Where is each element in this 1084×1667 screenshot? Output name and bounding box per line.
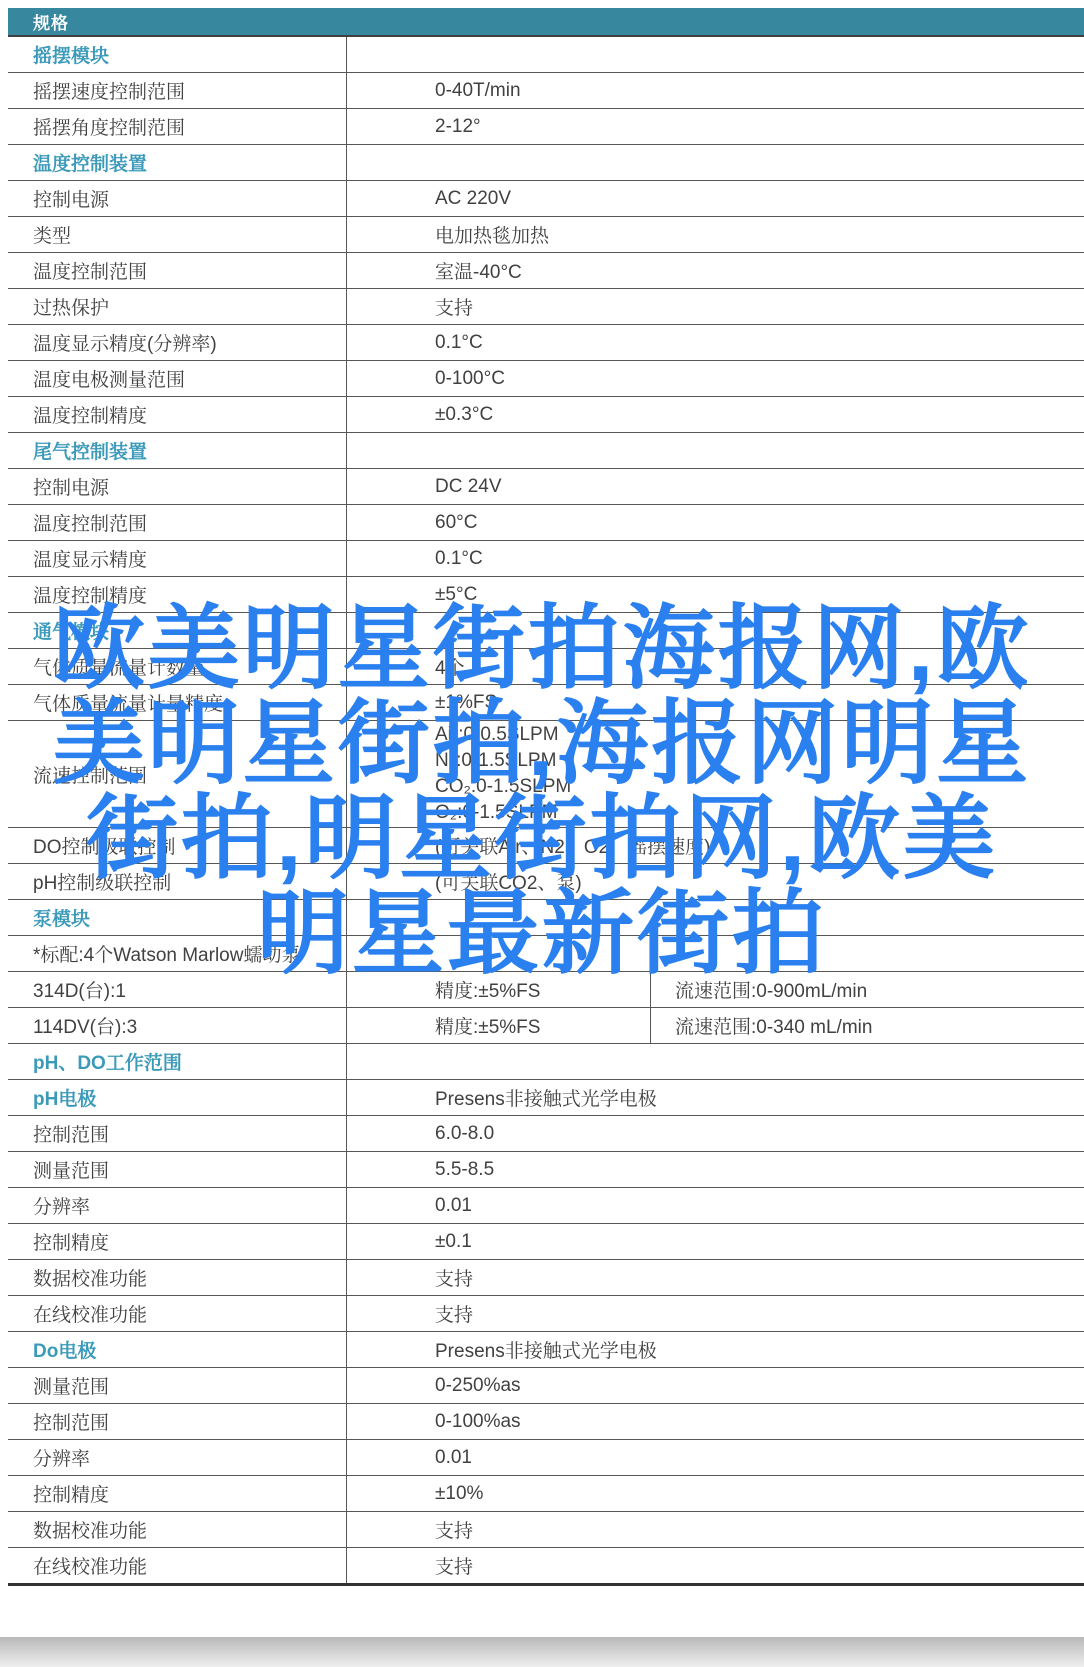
table-row: 类型电加热毯加热 — [8, 217, 1084, 253]
section-label: 尾气控制装置 — [8, 433, 346, 468]
table-row: 温度控制精度±0.3°C — [8, 397, 1084, 433]
section-label: 通气模块 — [8, 613, 346, 648]
table-row: 分辨率0.01 — [8, 1188, 1084, 1224]
row-value: (可关联Air、N2、O2、摇摆速度) — [346, 828, 1084, 863]
row-label: 温度电极测量范围 — [8, 361, 346, 396]
row-label: 控制范围 — [8, 1116, 346, 1151]
row-value: 电加热毯加热 — [346, 217, 1084, 252]
spec-table-rows: 摇摆模块摇摆速度控制范围0-40T/min摇摆角度控制范围2-12°温度控制装置… — [8, 37, 1084, 1583]
section-row: 摇摆模块 — [8, 37, 1084, 73]
section-row: 温度控制装置 — [8, 145, 1084, 181]
row-label: 温度显示精度(分辨率) — [8, 325, 346, 360]
row-label: DO控制级联控制 — [8, 828, 346, 863]
table-row: 在线校准功能支持 — [8, 1296, 1084, 1332]
table-row: *标配:4个Watson Marlow蠕动泵 — [8, 936, 1084, 972]
table-row: 测量范围0-250%as — [8, 1368, 1084, 1404]
row-label: 气体质量流量计数量 — [8, 649, 346, 684]
table-row: Do电极Presens非接触式光学电极 — [8, 1332, 1084, 1368]
row-label: Do电极 — [8, 1332, 346, 1367]
table-row: 在线校准功能支持 — [8, 1548, 1084, 1583]
table-row: 测量范围5.5-8.5 — [8, 1152, 1084, 1188]
row-value: 0.01 — [346, 1440, 1084, 1475]
row-label: 数据校准功能 — [8, 1260, 346, 1295]
row-value: 0-100%as — [346, 1404, 1084, 1439]
table-row: 温度电极测量范围0-100°C — [8, 361, 1084, 397]
row-value: ±0.1 — [346, 1224, 1084, 1259]
row-value — [346, 613, 1084, 648]
row-value: Presens非接触式光学电极 — [346, 1332, 1084, 1367]
row-value-line: Air:0-0.5SLPM — [435, 722, 1084, 748]
row-value: Presens非接触式光学电极 — [346, 1080, 1084, 1115]
section-row: 尾气控制装置 — [8, 433, 1084, 469]
table-row: 温度控制范围60°C — [8, 505, 1084, 541]
table-row: 气体质量流量计量精度±1%FS — [8, 685, 1084, 721]
table-row: 温度控制范围室温-40°C — [8, 253, 1084, 289]
row-value: 精度:±5%FS — [346, 1008, 650, 1043]
row-value: 支持 — [346, 1548, 1084, 1583]
section-label: pH、DO工作范围 — [8, 1044, 346, 1079]
row-value: ±1%FS — [346, 685, 1084, 720]
row-value: 0.1°C — [346, 325, 1084, 360]
table-row: 温度显示精度(分辨率)0.1°C — [8, 325, 1084, 361]
row-label: 控制电源 — [8, 181, 346, 216]
row-value: AC 220V — [346, 181, 1084, 216]
row-value — [346, 936, 1084, 971]
row-label: pH控制级联控制 — [8, 864, 346, 899]
row-label: 数据校准功能 — [8, 1512, 346, 1547]
row-value: 0-40T/min — [346, 73, 1084, 108]
row-label: *标配:4个Watson Marlow蠕动泵 — [8, 936, 346, 971]
section-row: 泵模块 — [8, 900, 1084, 936]
page-title: 规格 — [33, 9, 69, 34]
row-label: 分辨率 — [8, 1440, 346, 1475]
row-value: ±5°C — [346, 577, 1084, 612]
row-value — [346, 145, 1084, 180]
row-label: 温度控制精度 — [8, 577, 346, 612]
row-value: 0-250%as — [346, 1368, 1084, 1403]
row-value: ±10% — [346, 1476, 1084, 1511]
row-label: 摇摆角度控制范围 — [8, 109, 346, 144]
row-value: 支持 — [346, 1296, 1084, 1331]
table-row: 温度显示精度0.1°C — [8, 541, 1084, 577]
table-row: 数据校准功能支持 — [8, 1260, 1084, 1296]
row-label: 在线校准功能 — [8, 1548, 346, 1583]
row-value: (可关联CO2、泵) — [346, 864, 1084, 899]
table-row: 控制精度±0.1 — [8, 1224, 1084, 1260]
row-label: 分辨率 — [8, 1188, 346, 1223]
row-label: 测量范围 — [8, 1368, 346, 1403]
row-value: 室温-40°C — [346, 253, 1084, 288]
row-value: Air:0-0.5SLPMN₂:0-1.5SLPMCO₂:0-1.5SLPMO₂… — [346, 721, 1084, 827]
row-label: 314D(台):1 — [8, 972, 346, 1007]
row-value: ±0.3°C — [346, 397, 1084, 432]
row-label: 类型 — [8, 217, 346, 252]
row-label: 控制精度 — [8, 1224, 346, 1259]
row-value: 0-100°C — [346, 361, 1084, 396]
table-row: 控制精度±10% — [8, 1476, 1084, 1512]
table-row: 气体质量流量计数量4个 — [8, 649, 1084, 685]
row-label: 测量范围 — [8, 1152, 346, 1187]
spec-table-header: 规格 — [8, 8, 1084, 37]
row-label: 温度控制精度 — [8, 397, 346, 432]
spec-table: 规格 摇摆模块摇摆速度控制范围0-40T/min摇摆角度控制范围2-12°温度控… — [8, 8, 1084, 1586]
section-row: 通气模块 — [8, 613, 1084, 649]
row-value — [346, 900, 1084, 935]
row-label: 气体质量流量计量精度 — [8, 685, 346, 720]
row-label: 摇摆速度控制范围 — [8, 73, 346, 108]
row-value: 支持 — [346, 289, 1084, 324]
table-row: 控制电源DC 24V — [8, 469, 1084, 505]
row-value: 0.01 — [346, 1188, 1084, 1223]
row-label: 在线校准功能 — [8, 1296, 346, 1331]
row-value: 精度:±5%FS — [346, 972, 650, 1007]
section-row: pH、DO工作范围 — [8, 1044, 1084, 1080]
row-value-line: CO₂:0-1.5SLPM — [435, 774, 1084, 800]
row-value-line: O₂:0-1.5SLPM — [435, 800, 1084, 826]
row-value — [346, 1044, 1084, 1079]
row-value: 2-12° — [346, 109, 1084, 144]
row-value: 支持 — [346, 1512, 1084, 1547]
row-value: 0.1°C — [346, 541, 1084, 576]
row-label: 温度控制范围 — [8, 253, 346, 288]
table-row: 控制范围0-100%as — [8, 1404, 1084, 1440]
row-label: 114DV(台):3 — [8, 1008, 346, 1043]
table-row: 流速控制范围Air:0-0.5SLPMN₂:0-1.5SLPMCO₂:0-1.5… — [8, 721, 1084, 828]
table-row: 控制电源AC 220V — [8, 181, 1084, 217]
table-row: 分辨率0.01 — [8, 1440, 1084, 1476]
row-label: 温度显示精度 — [8, 541, 346, 576]
table-row: 数据校准功能支持 — [8, 1512, 1084, 1548]
row-value: DC 24V — [346, 469, 1084, 504]
row-value: 6.0-8.0 — [346, 1116, 1084, 1151]
row-label: 流速控制范围 — [8, 721, 346, 827]
row-label: 过热保护 — [8, 289, 346, 324]
row-value-secondary: 流速范围:0-340 mL/min — [650, 1008, 1084, 1043]
table-row: 过热保护支持 — [8, 289, 1084, 325]
table-row: 摇摆速度控制范围0-40T/min — [8, 73, 1084, 109]
table-row: 314D(台):1精度:±5%FS流速范围:0-900mL/min — [8, 972, 1084, 1008]
row-label: 控制电源 — [8, 469, 346, 504]
section-label: 泵模块 — [8, 900, 346, 935]
row-value: 60°C — [346, 505, 1084, 540]
row-value-secondary: 流速范围:0-900mL/min — [650, 972, 1084, 1007]
table-row: 控制范围6.0-8.0 — [8, 1116, 1084, 1152]
footer-bar — [0, 1637, 1084, 1667]
row-label: 控制范围 — [8, 1404, 346, 1439]
table-row: 摇摆角度控制范围2-12° — [8, 109, 1084, 145]
row-value: 4个 — [346, 649, 1084, 684]
table-row: 114DV(台):3精度:±5%FS流速范围:0-340 mL/min — [8, 1008, 1084, 1044]
row-label: 温度控制范围 — [8, 505, 346, 540]
row-label: 控制精度 — [8, 1476, 346, 1511]
row-value — [346, 37, 1084, 72]
table-row: 温度控制精度±5°C — [8, 577, 1084, 613]
table-row: pH电极Presens非接触式光学电极 — [8, 1080, 1084, 1116]
table-row: pH控制级联控制(可关联CO2、泵) — [8, 864, 1084, 900]
row-label: pH电极 — [8, 1080, 346, 1115]
row-value: 5.5-8.5 — [346, 1152, 1084, 1187]
section-label: 摇摆模块 — [8, 37, 346, 72]
row-value-line: N₂:0-1.5SLPM — [435, 748, 1084, 774]
section-label: 温度控制装置 — [8, 145, 346, 180]
row-value — [346, 433, 1084, 468]
row-value: 支持 — [346, 1260, 1084, 1295]
table-row: DO控制级联控制(可关联Air、N2、O2、摇摆速度) — [8, 828, 1084, 864]
